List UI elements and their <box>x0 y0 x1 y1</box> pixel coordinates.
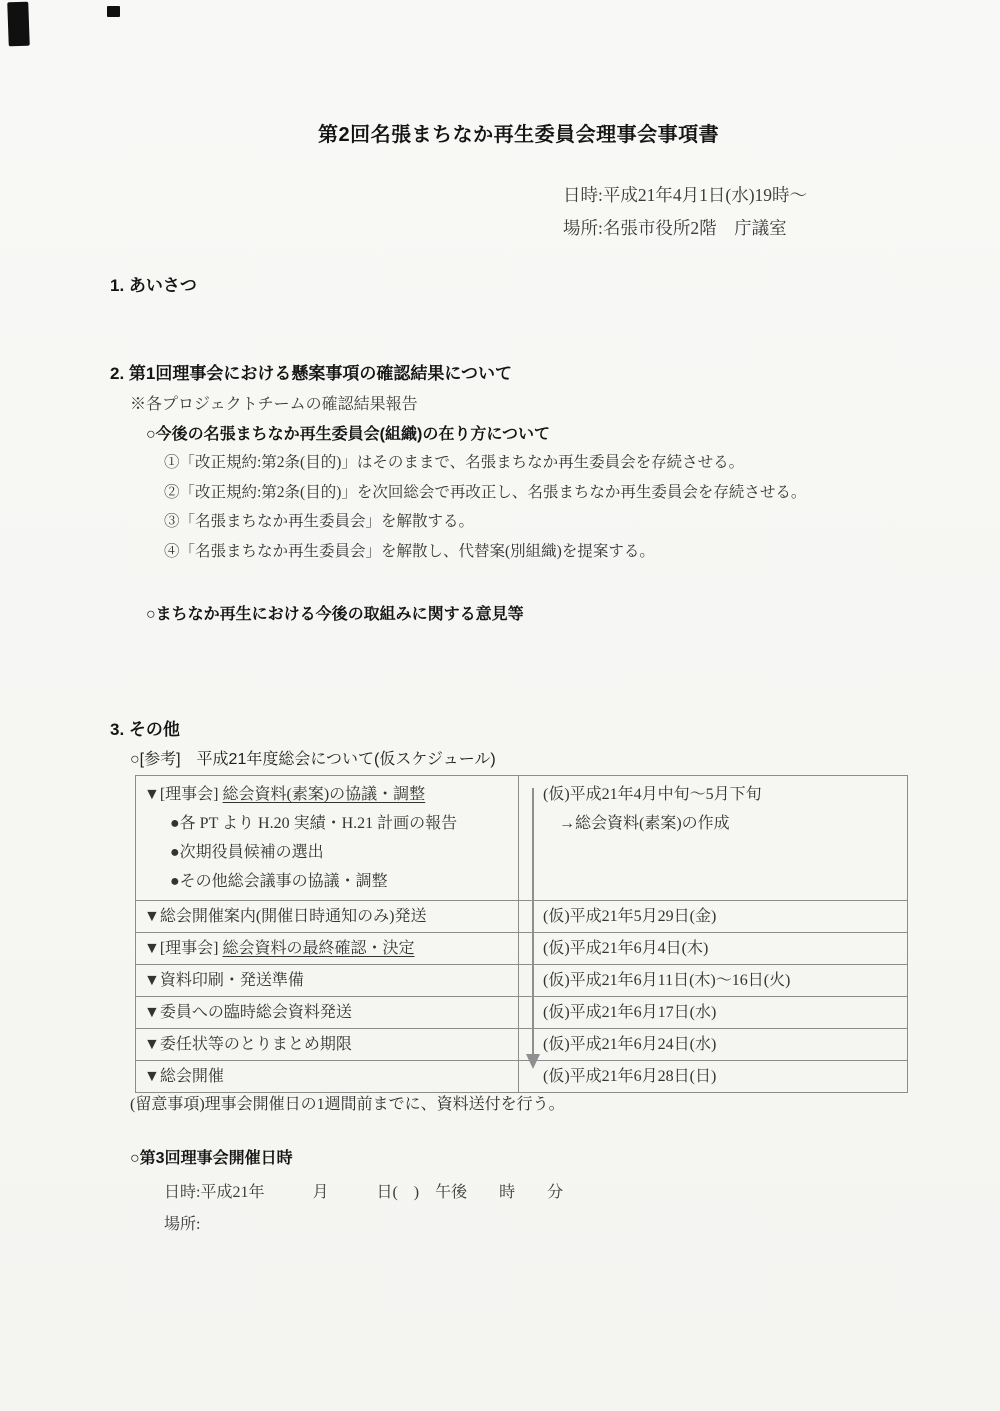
topic-organization-heading: ○今後の名張まちなか再生委員会(組織)の在り方について <box>146 421 550 444</box>
document-title: 第2回名張まちなか再生委員会理事会事項書 <box>318 118 719 147</box>
schedule-note: (留意事項)理事会開催日の1週間前までに、資料送付を行う。 <box>130 1091 565 1114</box>
date-line: →総会資料(素案)の作成 <box>543 809 903 838</box>
meeting-place: 場所:名張市役所2階 庁議室 <box>563 212 807 245</box>
task-cell: ▼[理事会] 総会資料の最終確認・決定 <box>136 933 519 964</box>
next-meeting-heading: ○第3回理事会開催日時 <box>130 1145 293 1168</box>
section-3-heading: 3. その他 <box>110 715 180 740</box>
date-cell: (仮)平成21年6月4日(木) <box>519 933 907 964</box>
task-main-line: ▼[理事会] 総会資料(素案)の協議・調整 <box>144 780 514 809</box>
date-cell: (仮)平成21年5月29日(金) <box>519 901 907 932</box>
table-row: ▼委任状等のとりまとめ期限 (仮)平成21年6月24日(水) <box>136 1028 907 1060</box>
subtask-item: ●次期役員候補の選出 <box>144 838 514 867</box>
meeting-meta: 日時:平成21年4月1日(水)19時〜 場所:名張市役所2階 庁議室 <box>563 179 807 245</box>
next-meeting-place: 場所: <box>164 1211 200 1234</box>
table-row: ▼[理事会] 総会資料(素案)の協議・調整 ●各 PT より H.20 実績・H… <box>136 776 907 900</box>
date-cell: (仮)平成21年6月28日(日) <box>519 1061 907 1092</box>
section-1-heading: 1. あいさつ <box>110 271 197 296</box>
schedule-table: ▼[理事会] 総会資料(素案)の協議・調整 ●各 PT より H.20 実績・H… <box>135 775 908 1093</box>
date-line: (仮)平成21年4月中旬〜5月下旬 <box>543 780 903 809</box>
option-list: ①「改正規約:第2条(目的)」はそのままで、名張まちなか再生委員会を存続させる。… <box>164 448 806 566</box>
next-meeting-datetime: 日時:平成21年 月 日( ) 午後 時 分 <box>164 1179 563 1202</box>
option-item-3: ③「名張まちなか再生委員会」を解散する。 <box>164 507 806 537</box>
table-row: ▼委員への臨時総会資料発送 (仮)平成21年6月17日(水) <box>136 996 907 1028</box>
date-cell: (仮)平成21年6月17日(水) <box>519 997 907 1028</box>
task-cell: ▼総会開催 <box>136 1061 519 1092</box>
task-cell: ▼総会開催案内(開催日時通知のみ)発送 <box>136 901 519 932</box>
task-cell: ▼[理事会] 総会資料(素案)の協議・調整 ●各 PT より H.20 実績・H… <box>136 776 519 900</box>
topic-opinions-heading: ○まちなか再生における今後の取組みに関する意見等 <box>146 601 524 624</box>
task-underlined: 総会資料(素案)の協議・調整 <box>223 786 426 803</box>
subtask-item: ●各 PT より H.20 実績・H.21 計画の報告 <box>144 809 514 838</box>
option-item-2: ②「改正規約:第2条(目的)」を次回総会で再改正し、名張まちなか再生委員会を存続… <box>164 478 806 508</box>
task-cell: ▼委員への臨時総会資料発送 <box>136 997 519 1028</box>
table-row: ▼[理事会] 総会資料の最終確認・決定 (仮)平成21年6月4日(木) <box>136 932 907 964</box>
subtask-item: ●その他総会議事の協議・調整 <box>144 867 514 896</box>
section-2-note: ※各プロジェクトチームの確認結果報告 <box>130 391 418 414</box>
table-row: ▼資料印刷・発送準備 (仮)平成21年6月11日(木)〜16日(火) <box>136 964 907 996</box>
task-underlined: 総会資料の最終確認・決定 <box>223 940 415 957</box>
scanned-document-page: 第2回名張まちなか再生委員会理事会事項書 日時:平成21年4月1日(水)19時〜… <box>0 0 1000 1411</box>
date-cell: (仮)平成21年6月24日(水) <box>519 1029 907 1060</box>
scan-artifact <box>107 6 120 17</box>
date-cell: (仮)平成21年4月中旬〜5月下旬 →総会資料(素案)の作成 <box>519 776 907 900</box>
option-item-1: ①「改正規約:第2条(目的)」はそのままで、名張まちなか再生委員会を存続させる。 <box>164 448 806 478</box>
option-item-4: ④「名張まちなか再生委員会」を解散し、代替案(別組織)を提案する。 <box>164 537 806 567</box>
table-row: ▼総会開催 (仮)平成21年6月28日(日) <box>136 1060 907 1092</box>
task-prefix: ▼[理事会] <box>144 786 223 803</box>
scan-artifact <box>7 2 30 47</box>
date-cell: (仮)平成21年6月11日(木)〜16日(火) <box>519 965 907 996</box>
meeting-datetime: 日時:平成21年4月1日(水)19時〜 <box>563 179 807 212</box>
section-2-heading: 2. 第1回理事会における懸案事項の確認結果について <box>110 359 512 384</box>
task-cell: ▼委任状等のとりまとめ期限 <box>136 1029 519 1060</box>
task-prefix: ▼[理事会] <box>144 940 223 957</box>
task-cell: ▼資料印刷・発送準備 <box>136 965 519 996</box>
table-row: ▼総会開催案内(開催日時通知のみ)発送 (仮)平成21年5月29日(金) <box>136 900 907 932</box>
schedule-heading: ○[参考] 平成21年度総会について(仮スケジュール) <box>130 746 496 769</box>
